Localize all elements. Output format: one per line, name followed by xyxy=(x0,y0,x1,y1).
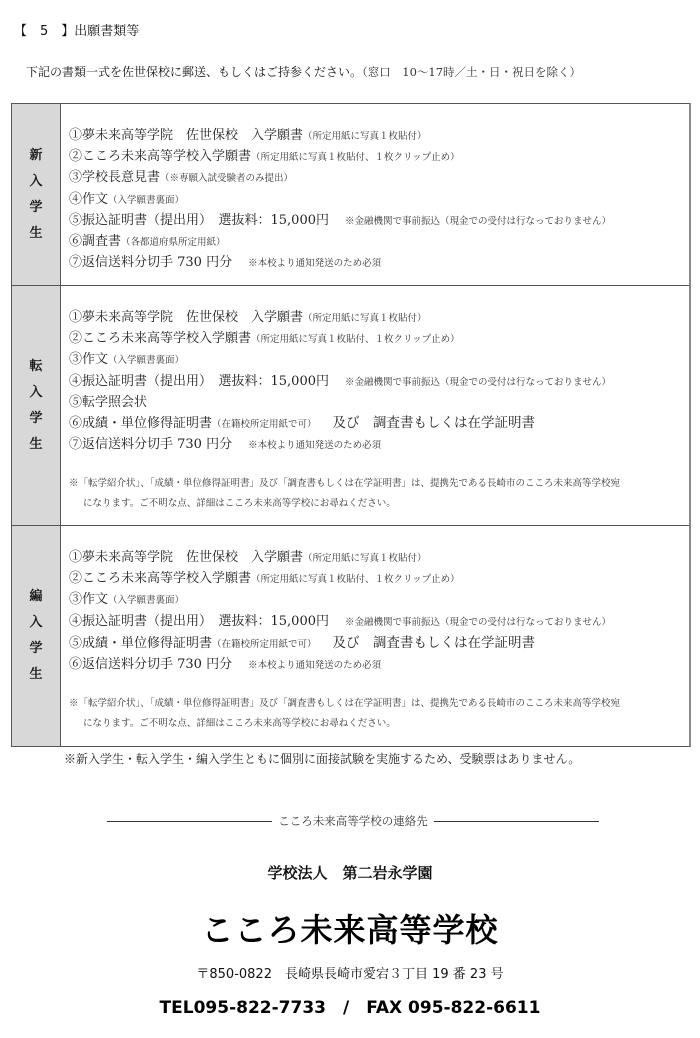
documents-table: 新 入 学 生 ①夢未来高等学院 佐世保校 入学願書（所定用紙に写真１枚貼付） … xyxy=(11,103,691,747)
school-name: こころ未来高等学校 xyxy=(0,905,700,951)
footnote-line: になります。ご不明な点、詳細はこころ未来高等学校にお尋ねください。 xyxy=(69,714,689,734)
list-item: ①夢未来高等学院 佐世保校 入学願書（所定用紙に写真１枚貼付） xyxy=(69,548,689,569)
item-sub: ※金融機関で事前振込（現金での受付は行なっておりません） xyxy=(345,216,611,227)
intro-text: 下記の書類一式を佐世保校に郵送、もしくはご持参ください。（窓口 10〜17時／土… xyxy=(26,63,581,80)
item-sub: （在籍校所定用紙で可） xyxy=(212,419,317,430)
list-item: ⑦返信送料分切手 730 円分※本校より通知発送のため必須 xyxy=(69,435,689,456)
item-sub: ※本校より通知発送のため必須 xyxy=(248,258,381,269)
item-main: ⑤振込証明書（提出用） 選抜料：15,000円 xyxy=(69,213,329,228)
item-sub: （所定用紙に写真１枚貼付） xyxy=(303,313,427,324)
list-item: ②こころ未来高等学校入学願書（所定用紙に写真１枚貼付、１枚クリップ止め） xyxy=(69,329,689,350)
label-char: 新 xyxy=(29,143,42,169)
phone-fax: TEL095-822-7733 / FAX 095-822-6611 xyxy=(0,993,700,1018)
list-item: ⑤成績・単位修得証明書（在籍校所定用紙で可）及び 調査書もしくは在学証明書 xyxy=(69,633,689,655)
item-sub: ※本校より通知発送のため必須 xyxy=(248,660,381,671)
item-main: ①夢未来高等学院 佐世保校 入学願書 xyxy=(69,128,303,143)
list-item: ⑥返信送料分切手 730 円分※本校より通知発送のため必須 xyxy=(69,655,689,676)
label-char: 編 xyxy=(29,584,42,610)
section-label: 編 入 学 生 xyxy=(12,526,61,746)
school-address: 〒850-0822 長崎県長崎市愛宕３丁目 19 番 23 号 xyxy=(0,963,700,982)
item-sub: ※金融機関で事前振込（現金での受付は行なっておりません） xyxy=(345,617,611,628)
section-new-students: 新 入 学 生 ①夢未来高等学院 佐世保校 入学願書（所定用紙に写真１枚貼付） … xyxy=(12,104,689,285)
intro-main: 下記の書類一式を佐世保校に郵送、もしくはご持参ください。 xyxy=(26,65,362,79)
label-char: 転 xyxy=(29,354,42,380)
label-char: 学 xyxy=(29,406,42,432)
label-char: 生 xyxy=(29,662,42,688)
section-label: 転 入 学 生 xyxy=(12,286,61,525)
list-item: ②こころ未来高等学校入学願書（所定用紙に写真１枚貼付、１枚クリップ止め） xyxy=(69,147,689,168)
label-char: 入 xyxy=(29,380,42,406)
intro-note: （窓口 10〜17時／土・日・祝日を除く） xyxy=(362,65,581,79)
list-item: ③学校長意見書（※専願入試受験者のみ提出） xyxy=(69,168,689,189)
item-main: ①夢未来高等学院 佐世保校 入学願書 xyxy=(69,550,303,565)
item-main: ②こころ未来高等学校入学願書 xyxy=(69,149,251,164)
item-main: ②こころ未来高等学校入学願書 xyxy=(69,571,251,586)
list-item: ⑦返信送料分切手 730 円分※本校より通知発送のため必須 xyxy=(69,253,689,274)
section-content: ①夢未来高等学院 佐世保校 入学願書（所定用紙に写真１枚貼付） ②こころ未来高等… xyxy=(61,526,689,746)
corporation-name: 学校法人 第二岩永学園 xyxy=(0,862,700,883)
bottom-note: ※新入学生・転入学生・編入学生ともに個別に面接試験を実施するため、受験票はありま… xyxy=(64,750,580,767)
item-main: ⑥調査書 xyxy=(69,234,121,249)
item-sub: ※本校より通知発送のため必須 xyxy=(248,440,381,451)
item-main: ⑤転学照会状 xyxy=(69,395,147,410)
item-sub: （※専願入試受験者のみ提出） xyxy=(160,173,293,184)
section-readmission-students: 編 入 学 生 ①夢未来高等学院 佐世保校 入学願書（所定用紙に写真１枚貼付） … xyxy=(12,525,689,746)
item-sub: （所定用紙に写真１枚貼付、１枚クリップ止め） xyxy=(251,574,460,585)
item-sub: （所定用紙に写真１枚貼付） xyxy=(303,553,427,564)
item-main: ③作文 xyxy=(69,592,108,607)
list-item: ⑥成績・単位修得証明書（在籍校所定用紙で可）及び 調査書もしくは在学証明書 xyxy=(69,413,689,435)
footnote-line: ※「転学紹介状」、「成績・単位修得証明書」及び「調査書もしくは在学証明書」は、提… xyxy=(69,474,689,494)
list-item: ⑤振込証明書（提出用） 選抜料：15,000円※金融機関で事前振込（現金での受付… xyxy=(69,211,689,232)
label-char: 入 xyxy=(29,169,42,195)
item-sub: ※金融機関で事前振込（現金での受付は行なっておりません） xyxy=(345,377,611,388)
list-item: ①夢未来高等学院 佐世保校 入学願書（所定用紙に写真１枚貼付） xyxy=(69,308,689,329)
item-main: ④振込証明書（提出用） 選抜料：15,000円 xyxy=(69,614,329,629)
item-sub: （在籍校所定用紙で可） xyxy=(212,639,317,650)
item-sub: （入学願書裏面） xyxy=(108,195,184,206)
list-item: ④振込証明書（提出用） 選抜料：15,000円※金融機関で事前振込（現金での受付… xyxy=(69,372,689,393)
list-item: ③作文（入学願書裏面） xyxy=(69,350,689,371)
item-extra: 及び 調査書もしくは在学証明書 xyxy=(333,415,536,431)
contact-divider-label: こころ未来高等学校の連絡先 xyxy=(272,813,434,829)
list-item: ⑥調査書（各都道府県所定用紙） xyxy=(69,232,689,253)
item-main: ⑥成績・単位修得証明書 xyxy=(69,416,212,431)
list-item: ①夢未来高等学院 佐世保校 入学願書（所定用紙に写真１枚貼付） xyxy=(69,126,689,147)
item-sub: （入学願書裏面） xyxy=(108,595,184,606)
item-main: ④作文 xyxy=(69,192,108,207)
item-main: ③作文 xyxy=(69,352,108,367)
list-item: ④振込証明書（提出用） 選抜料：15,000円※金融機関で事前振込（現金での受付… xyxy=(69,612,689,633)
section-transfer-students: 転 入 学 生 ①夢未来高等学院 佐世保校 入学願書（所定用紙に写真１枚貼付） … xyxy=(12,285,689,525)
section-footnote: ※「転学紹介状」、「成績・単位修得証明書」及び「調査書もしくは在学証明書」は、提… xyxy=(69,474,689,514)
item-sub: （所定用紙に写真１枚貼付） xyxy=(303,131,427,142)
contact-divider: こころ未来高等学校の連絡先 xyxy=(107,813,599,829)
footnote-line: になります。ご不明な点、詳細はこころ未来高等学校にお尋ねください。 xyxy=(69,494,689,514)
label-char: 生 xyxy=(29,221,42,247)
list-item: ③作文（入学願書裏面） xyxy=(69,590,689,611)
item-main: ①夢未来高等学院 佐世保校 入学願書 xyxy=(69,310,303,325)
section-footnote: ※「転学紹介状」、「成績・単位修得証明書」及び「調査書もしくは在学証明書」は、提… xyxy=(69,694,689,734)
item-sub: （所定用紙に写真１枚貼付、１枚クリップ止め） xyxy=(251,152,460,163)
item-main: ④振込証明書（提出用） 選抜料：15,000円 xyxy=(69,374,329,389)
item-sub: （入学願書裏面） xyxy=(108,355,184,366)
item-main: ⑦返信送料分切手 730 円分 xyxy=(69,437,232,452)
label-char: 生 xyxy=(29,432,42,458)
item-sub: （所定用紙に写真１枚貼付、１枚クリップ止め） xyxy=(251,334,460,345)
item-main: ②こころ未来高等学校入学願書 xyxy=(69,331,251,346)
section-label: 新 入 学 生 xyxy=(12,104,61,285)
item-main: ⑦返信送料分切手 730 円分 xyxy=(69,255,232,270)
section-content: ①夢未来高等学院 佐世保校 入学願書（所定用紙に写真１枚貼付） ②こころ未来高等… xyxy=(61,104,689,285)
item-extra: 及び 調査書もしくは在学証明書 xyxy=(333,635,536,651)
item-sub: （各都道府県所定用紙） xyxy=(121,237,226,248)
item-main: ⑤成績・単位修得証明書 xyxy=(69,636,212,651)
item-main: ⑥返信送料分切手 730 円分 xyxy=(69,657,232,672)
list-item: ②こころ未来高等学校入学願書（所定用紙に写真１枚貼付、１枚クリップ止め） xyxy=(69,569,689,590)
list-item: ⑤転学照会状 xyxy=(69,393,689,413)
label-char: 学 xyxy=(29,195,42,221)
section-heading: 【 5 】出願書類等 xyxy=(14,20,139,39)
label-char: 入 xyxy=(29,610,42,636)
section-content: ①夢未来高等学院 佐世保校 入学願書（所定用紙に写真１枚貼付） ②こころ未来高等… xyxy=(61,286,689,525)
item-main: ③学校長意見書 xyxy=(69,170,160,185)
label-char: 学 xyxy=(29,636,42,662)
divider-line xyxy=(107,821,272,822)
footnote-line: ※「転学紹介状」、「成績・単位修得証明書」及び「調査書もしくは在学証明書」は、提… xyxy=(69,694,689,714)
divider-line xyxy=(434,821,599,822)
list-item: ④作文（入学願書裏面） xyxy=(69,190,689,211)
